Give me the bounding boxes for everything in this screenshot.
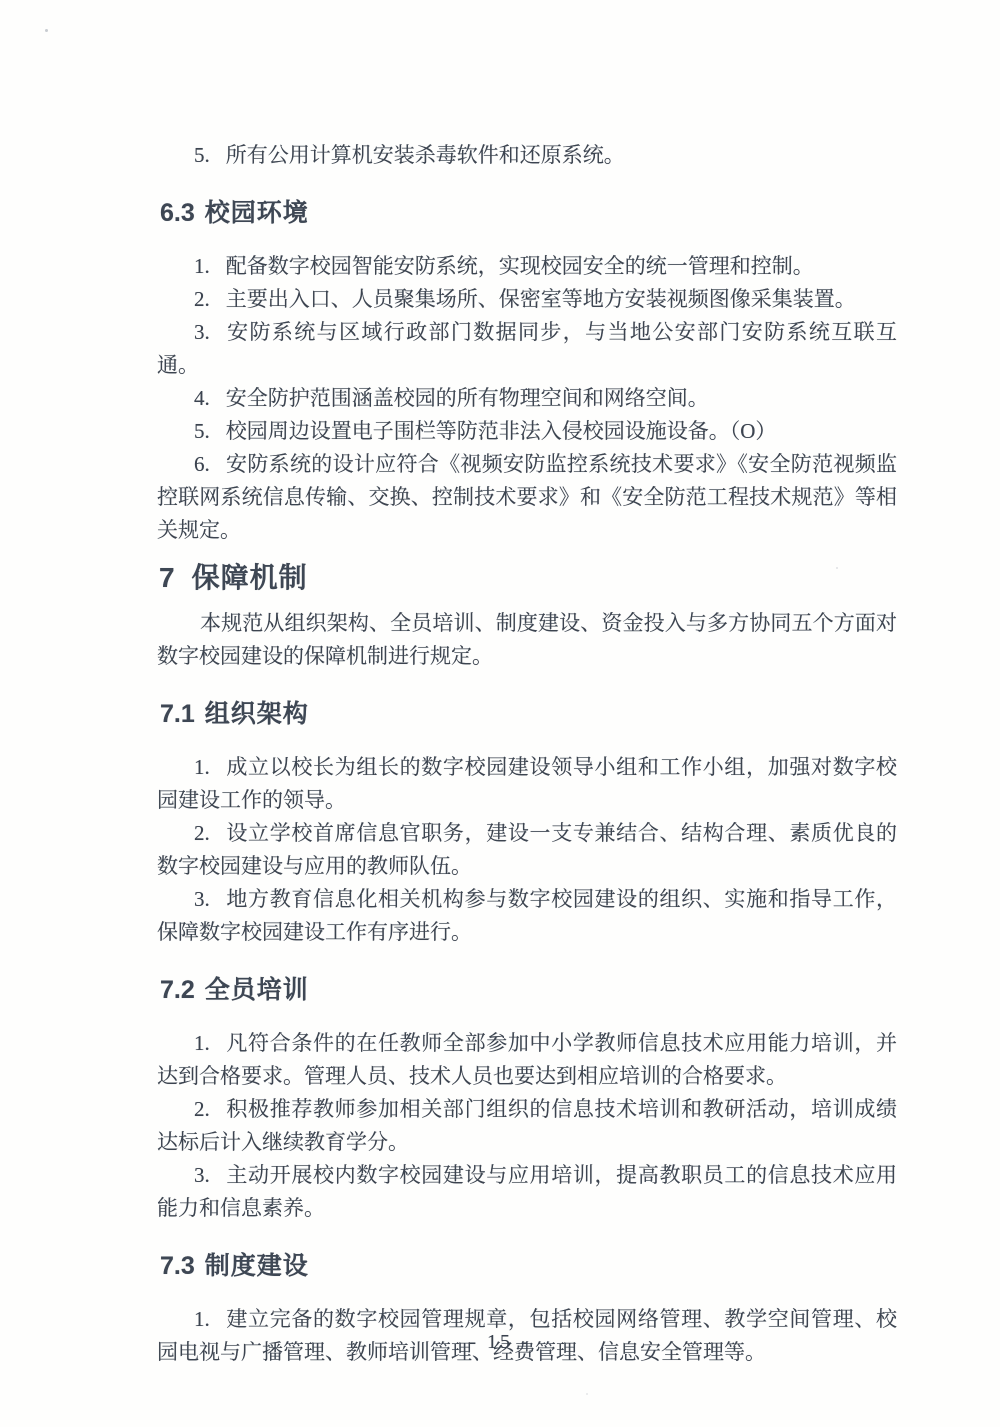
section-heading-7-2: 7.2全员培训 (160, 973, 897, 1007)
list-item-number: 4. (194, 382, 210, 415)
list-item-text: 主动开展校内数字校园建设与应用培训，提高教职员工的信息技术应用能力和信息素养。 (157, 1163, 897, 1220)
heading-title: 全员培训 (205, 976, 309, 1004)
list-item-text: 校园周边设置电子围栏等防范非法入侵校园设施设备。（O） (226, 419, 777, 443)
list-item: 2.设立学校首席信息官职务，建设一支专兼结合、结构合理、素质优良的数字校园建设与… (157, 817, 897, 883)
section-heading-7-1: 7.1组织架构 (160, 697, 897, 731)
heading-title: 保障机制 (192, 562, 308, 593)
list-item: 4.安全防护范围涵盖校园的所有物理空间和网络空间。 (157, 382, 897, 415)
heading-number: 7.1 (160, 700, 195, 728)
list-item-number: 3. (194, 883, 210, 916)
list-item-text: 凡符合条件的在任教师全部参加中小学教师信息技术应用能力培训，并达到合格要求。管理… (157, 1031, 897, 1088)
list-item: 5.校园周边设置电子围栏等防范非法入侵校园设施设备。（O） (157, 415, 897, 448)
list-item: 3.安防系统与区域行政部门数据同步，与当地公安部门安防系统互联互通。 (157, 316, 897, 382)
page-number: - 15 - (469, 1331, 530, 1353)
page-footer: - 15 - (0, 1331, 1000, 1354)
scan-artifact-dot (45, 29, 48, 32)
heading-title: 校园环境 (205, 199, 309, 227)
list-item-number: 3. (194, 1159, 210, 1192)
section-heading-6-3: 6.3校园环境 (160, 196, 897, 230)
list-item-text: 成立以校长为组长的数字校园建设领导小组和工作小组，加强对数字校园建设工作的领导。 (157, 755, 897, 812)
heading-number: 7.3 (160, 1252, 195, 1280)
list-item-text: 安全防护范围涵盖校园的所有物理空间和网络空间。 (226, 386, 709, 410)
list-item: 1.凡符合条件的在任教师全部参加中小学教师信息技术应用能力培训，并达到合格要求。… (157, 1027, 897, 1093)
list-item-number: 3. (194, 316, 210, 349)
list-item: 5.所有公用计算机安装杀毒软件和还原系统。 (157, 139, 897, 172)
list-item: 2.积极推荐教师参加相关部门组织的信息技术培训和教研活动，培训成绩达标后计入继续… (157, 1093, 897, 1159)
list-item: 6.安防系统的设计应符合《视频安防监控系统技术要求》《安全防范视频监控联网系统信… (157, 448, 897, 547)
heading-number: 7 (159, 562, 175, 593)
heading-title: 制度建设 (205, 1252, 309, 1280)
list-item-text: 设立学校首席信息官职务，建设一支专兼结合、结构合理、素质优良的数字校园建设与应用… (157, 821, 897, 878)
list-item-number: 5. (194, 139, 210, 172)
list-item-text: 地方教育信息化相关机构参与数字校园建设的组织、实施和指导工作，保障数字校园建设工… (157, 887, 897, 944)
chapter-intro-paragraph: 本规范从组织架构、全员培训、制度建设、资金投入与多方协同五个方面对数字校园建设的… (157, 607, 897, 673)
document-page: 5.所有公用计算机安装杀毒软件和还原系统。 6.3校园环境 1.配备数字校园智能… (0, 0, 1000, 1427)
list-item-text: 安防系统的设计应符合《视频安防监控系统技术要求》《安全防范视频监控联网系统信息传… (157, 452, 897, 542)
section-heading-7-3: 7.3制度建设 (160, 1249, 897, 1283)
list-item-text: 积极推荐教师参加相关部门组织的信息技术培训和教研活动，培训成绩达标后计入继续教育… (157, 1097, 897, 1154)
scan-artifact-dot (586, 1393, 588, 1395)
list-item-text: 配备数字校园智能安防系统，实现校园安全的统一管理和控制。 (226, 254, 814, 278)
list-item: 1.成立以校长为组长的数字校园建设领导小组和工作小组，加强对数字校园建设工作的领… (157, 751, 897, 817)
list-item: 3.主动开展校内数字校园建设与应用培训，提高教职员工的信息技术应用能力和信息素养… (157, 1159, 897, 1225)
heading-number: 7.2 (160, 976, 195, 1004)
list-item-number: 1. (194, 250, 210, 283)
list-item-number: 1. (194, 1027, 210, 1060)
list-item-text: 安防系统与区域行政部门数据同步，与当地公安部门安防系统互联互通。 (157, 320, 897, 377)
list-item: 2.主要出入口、人员聚集场所、保密室等地方安装视频图像采集装置。 (157, 283, 897, 316)
list-item-number: 5. (194, 415, 210, 448)
list-item-number: 2. (194, 283, 210, 316)
heading-number: 6.3 (160, 199, 195, 227)
list-item-text: 所有公用计算机安装杀毒软件和还原系统。 (226, 143, 625, 167)
heading-title: 组织架构 (205, 700, 309, 728)
list-item: 1.配备数字校园智能安防系统，实现校园安全的统一管理和控制。 (157, 250, 897, 283)
list-item-number: 1. (194, 751, 210, 784)
list-item: 3.地方教育信息化相关机构参与数字校园建设的组织、实施和指导工作，保障数字校园建… (157, 883, 897, 949)
list-item-number: 6. (194, 448, 210, 481)
document-body: 5.所有公用计算机安装杀毒软件和还原系统。 6.3校园环境 1.配备数字校园智能… (157, 0, 897, 1369)
list-item-text: 主要出入口、人员聚集场所、保密室等地方安装视频图像采集装置。 (226, 287, 856, 311)
chapter-heading-7: 7保障机制 (159, 559, 897, 597)
list-item-number: 2. (194, 1093, 210, 1126)
list-item-number: 2. (194, 817, 210, 850)
